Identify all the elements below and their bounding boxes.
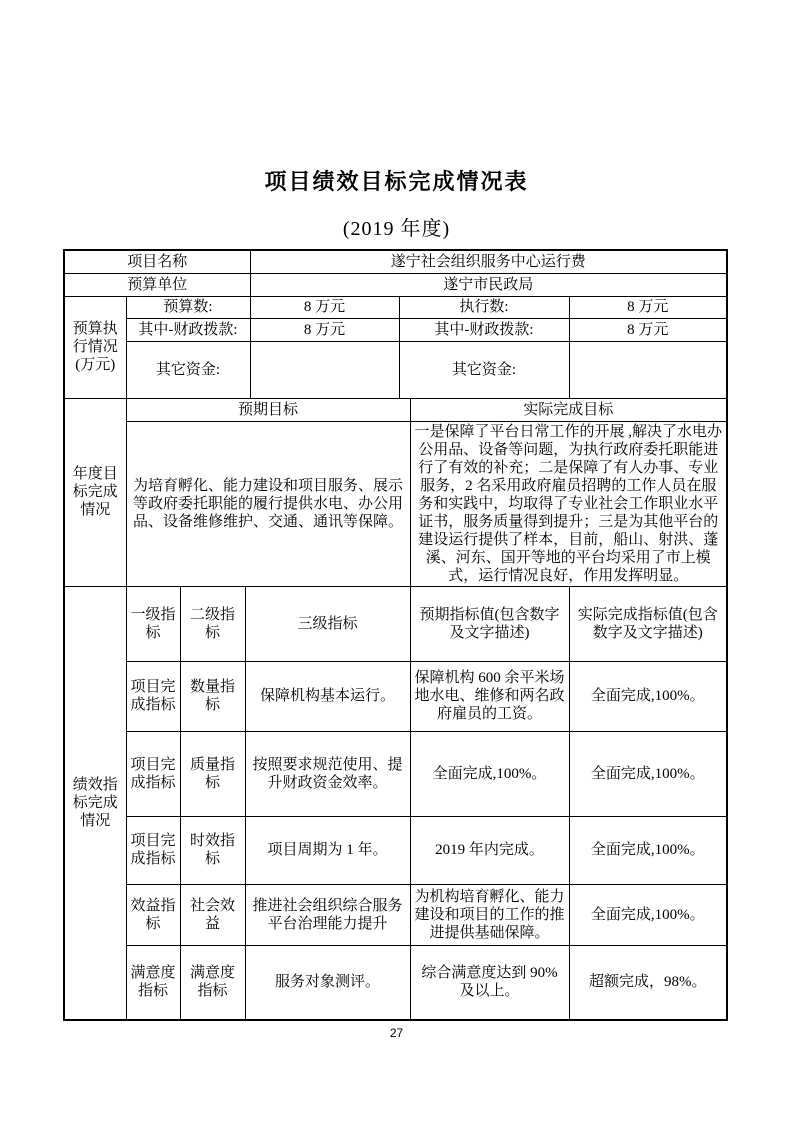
level3-header: 三级指标 — [245, 586, 410, 661]
level3-cell: 保障机构基本运行。 — [245, 661, 410, 731]
expected-value-cell: 保障机构 600 余平米场地水电、维修和两名政府雇员的工资。 — [410, 661, 569, 731]
performance-table: 项目名称 遂宁社会组织服务中心运行费 预算单位 遂宁市民政局 预算执行情况(万元… — [63, 249, 728, 1021]
indicator-row-timeliness: 项目完成指标 时效指标 项目周期为 1 年。 2019 年内完成。 全面完成,1… — [64, 816, 727, 884]
row-annual-goal-content: 为培育孵化、能力建设和项目服务、展示等政府委托职能的履行提供水电、办公用品、设备… — [64, 421, 727, 586]
expected-value-cell: 综合满意度达到 90% 及以上。 — [410, 945, 569, 1020]
actual-value-cell: 超额完成，98%。 — [569, 945, 727, 1020]
row-budget-2: 其中-财政拨款: 8 万元 其中-财政拨款: 8 万元 — [64, 318, 727, 341]
expected-value-cell: 2019 年内完成。 — [410, 816, 569, 884]
level1-cell: 项目完成指标 — [126, 731, 180, 816]
indicator-row-benefit: 效益指标 社会效益 推进社会组织综合服务平台治理能力提升 为机构培育孵化、能力建… — [64, 884, 727, 945]
row-project-name: 项目名称 遂宁社会组织服务中心运行费 — [64, 250, 727, 273]
level3-cell: 按照要求规范使用、提升财政资金效率。 — [245, 731, 410, 816]
expected-value-header: 预期指标值(包含数字及文字描述) — [410, 586, 569, 661]
document-page: 项目绩效目标完成情况表 (2019 年度) 项目名称 遂宁社会组织服务中心运行费… — [0, 0, 793, 1122]
project-name-label: 项目名称 — [64, 250, 250, 273]
actual-value-header: 实际完成指标值(包含数字及文字描述) — [569, 586, 727, 661]
row-indicator-header: 绩效指标完成情况 一级指标 二级指标 三级指标 预期指标值(包含数字及文字描述)… — [64, 586, 727, 661]
project-name-value: 遂宁社会组织服务中心运行费 — [250, 250, 727, 273]
actual-value-cell: 全面完成,100%。 — [569, 661, 727, 731]
budget-unit-label: 预算单位 — [64, 273, 250, 296]
other-funds-label-left: 其它资金: — [126, 341, 250, 398]
level2-cell: 质量指标 — [180, 731, 245, 816]
indicator-row-quality: 项目完成指标 质量指标 按照要求规范使用、提升财政资金效率。 全面完成,100%… — [64, 731, 727, 816]
level2-cell: 社会效益 — [180, 884, 245, 945]
level2-cell: 满意度指标 — [180, 945, 245, 1020]
fiscal-allocation-value-left: 8 万元 — [250, 318, 399, 341]
page-number: 27 — [0, 1026, 793, 1040]
budget-number-value: 8 万元 — [250, 296, 399, 318]
page-title: 项目绩效目标完成情况表 — [0, 165, 793, 196]
budget-number-label: 预算数: — [126, 296, 250, 318]
expected-value-cell: 全面完成,100%。 — [410, 731, 569, 816]
indicator-row-quantity: 项目完成指标 数量指标 保障机构基本运行。 保障机构 600 余平米场地水电、维… — [64, 661, 727, 731]
execution-number-label: 执行数: — [399, 296, 569, 318]
annual-section-label: 年度目标完成情况 — [64, 398, 126, 586]
level1-cell: 项目完成指标 — [126, 816, 180, 884]
actual-value-cell: 全面完成,100%。 — [569, 884, 727, 945]
page-subtitle: (2019 年度) — [0, 212, 793, 241]
level2-cell: 时效指标 — [180, 816, 245, 884]
indicator-section-label: 绩效指标完成情况 — [64, 586, 126, 1020]
budget-section-label: 预算执行情况(万元) — [64, 296, 126, 398]
level3-cell: 服务对象测评。 — [245, 945, 410, 1020]
fiscal-allocation-value-right: 8 万元 — [569, 318, 727, 341]
actual-value-cell: 全面完成,100%。 — [569, 731, 727, 816]
actual-goal-header: 实际完成目标 — [410, 398, 727, 421]
actual-value-cell: 全面完成,100%。 — [569, 816, 727, 884]
execution-number-value: 8 万元 — [569, 296, 727, 318]
other-funds-label-right: 其它资金: — [399, 341, 569, 398]
row-budget-1: 预算执行情况(万元) 预算数: 8 万元 执行数: 8 万元 — [64, 296, 727, 318]
expected-value-cell: 为机构培育孵化、能力建设和项目的工作的推进提供基础保障。 — [410, 884, 569, 945]
level2-header: 二级指标 — [180, 586, 245, 661]
level1-header: 一级指标 — [126, 586, 180, 661]
row-budget-unit: 预算单位 遂宁市民政局 — [64, 273, 727, 296]
expected-goal-header: 预期目标 — [126, 398, 410, 421]
level3-cell: 项目周期为 1 年。 — [245, 816, 410, 884]
level1-cell: 项目完成指标 — [126, 661, 180, 731]
indicator-row-satisfaction: 满意度指标 满意度指标 服务对象测评。 综合满意度达到 90% 及以上。 超额完… — [64, 945, 727, 1020]
row-annual-goal-header: 年度目标完成情况 预期目标 实际完成目标 — [64, 398, 727, 421]
other-funds-value-right — [569, 341, 727, 398]
other-funds-value-left — [250, 341, 399, 398]
row-budget-3: 其它资金: 其它资金: — [64, 341, 727, 398]
level2-cell: 数量指标 — [180, 661, 245, 731]
level1-cell: 满意度指标 — [126, 945, 180, 1020]
actual-goal-content: 一是保障了平台日常工作的开展 ,解决了水电办公用品、设备等问题，为执行政府委托职… — [410, 421, 727, 586]
level1-cell: 效益指标 — [126, 884, 180, 945]
budget-unit-value: 遂宁市民政局 — [250, 273, 727, 296]
fiscal-allocation-label-right: 其中-财政拨款: — [399, 318, 569, 341]
fiscal-allocation-label-left: 其中-财政拨款: — [126, 318, 250, 341]
level3-cell: 推进社会组织综合服务平台治理能力提升 — [245, 884, 410, 945]
expected-goal-content: 为培育孵化、能力建设和项目服务、展示等政府委托职能的履行提供水电、办公用品、设备… — [126, 421, 410, 586]
